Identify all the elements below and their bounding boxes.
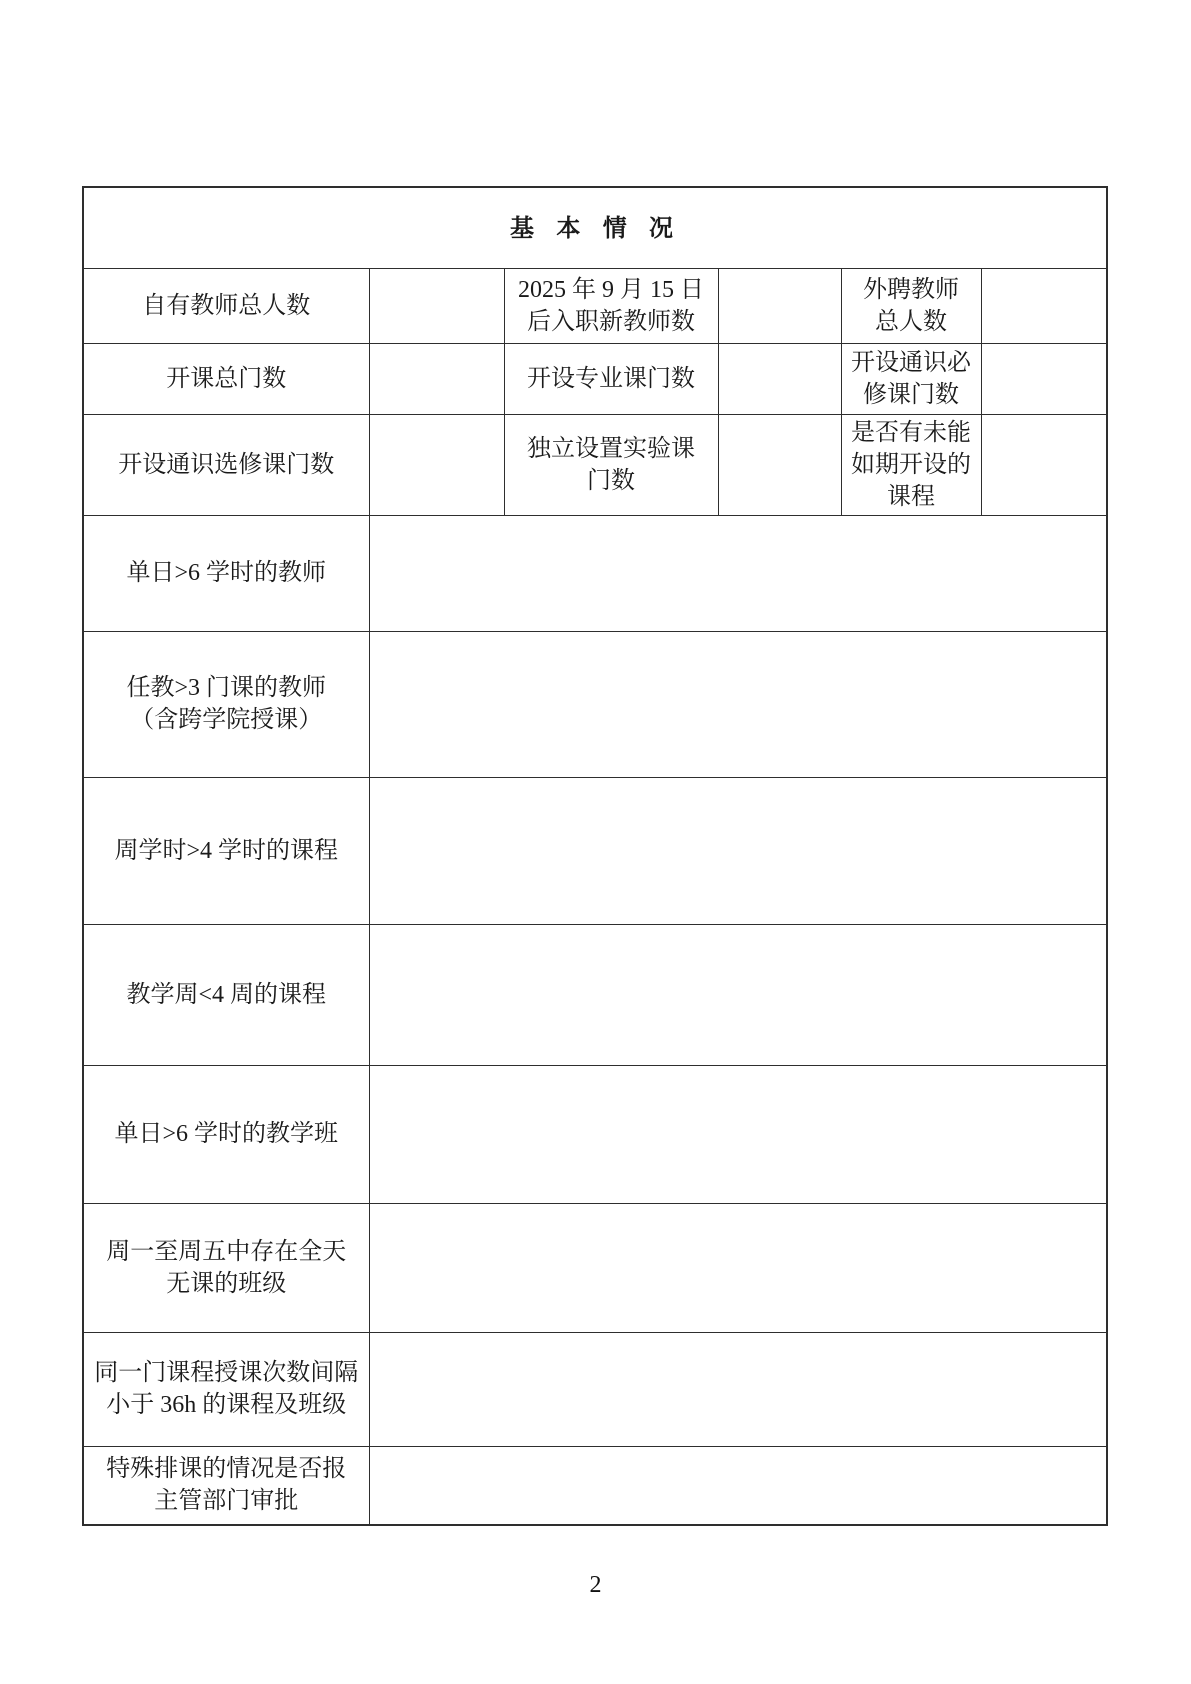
label-classes-free-whole-day: 周一至周五中存在全天 无课的班级 bbox=[83, 1203, 369, 1332]
value-teachers-gt6-hours-day bbox=[369, 515, 1107, 631]
label-major-courses: 开设专业课门数 bbox=[504, 343, 718, 414]
table-row: 单日>6 学时的教学班 bbox=[83, 1065, 1107, 1203]
page-number: 2 bbox=[0, 1572, 1191, 1599]
value-general-elective-courses bbox=[369, 414, 504, 515]
table-row: 特殊排课的情况是否报 主管部门审批 bbox=[83, 1446, 1107, 1525]
label-general-elective-courses: 开设通识选修课门数 bbox=[83, 414, 369, 515]
value-own-teacher-total bbox=[369, 268, 504, 343]
label-total-courses: 开课总门数 bbox=[83, 343, 369, 414]
table-title: 基 本 情 况 bbox=[83, 187, 1107, 268]
value-classes-gt6-hours-day bbox=[369, 1065, 1107, 1203]
value-external-teacher-total bbox=[981, 268, 1107, 343]
table-row: 开设通识选修课门数 独立设置实验课 门数 是否有未能 如期开设的 课程 bbox=[83, 414, 1107, 515]
value-course-interval-lt36h bbox=[369, 1332, 1107, 1446]
table-row: 同一门课程授课次数间隔小于 36h 的课程及班级 bbox=[83, 1332, 1107, 1446]
value-total-courses bbox=[369, 343, 504, 414]
table-row: 教学周<4 周的课程 bbox=[83, 924, 1107, 1065]
value-major-courses bbox=[718, 343, 841, 414]
label-new-teachers-after-date: 2025 年 9 月 15 日 后入职新教师数 bbox=[504, 268, 718, 343]
label-special-scheduling-approval: 特殊排课的情况是否报 主管部门审批 bbox=[83, 1446, 369, 1525]
document-page: 基 本 情 况 自有教师总人数 2025 年 9 月 15 日 后入职新教师数 … bbox=[0, 0, 1191, 1684]
table-row: 开课总门数 开设专业课门数 开设通识必 修课门数 bbox=[83, 343, 1107, 414]
basic-info-table: 基 本 情 况 自有教师总人数 2025 年 9 月 15 日 后入职新教师数 … bbox=[82, 186, 1108, 1526]
value-independent-lab-courses bbox=[718, 414, 841, 515]
value-special-scheduling-approval bbox=[369, 1446, 1107, 1525]
label-independent-lab-courses: 独立设置实验课 门数 bbox=[504, 414, 718, 515]
label-own-teacher-total: 自有教师总人数 bbox=[83, 268, 369, 343]
table-row: 自有教师总人数 2025 年 9 月 15 日 后入职新教师数 外聘教师 总人数 bbox=[83, 268, 1107, 343]
label-teachers-gt6-hours-day: 单日>6 学时的教师 bbox=[83, 515, 369, 631]
label-course-interval-lt36h: 同一门课程授课次数间隔小于 36h 的课程及班级 bbox=[83, 1332, 369, 1446]
label-external-teacher-total: 外聘教师 总人数 bbox=[841, 268, 981, 343]
table-row: 任教>3 门课的教师 （含跨学院授课） bbox=[83, 631, 1107, 777]
label-courses-lt4-teaching-weeks: 教学周<4 周的课程 bbox=[83, 924, 369, 1065]
table-title-row: 基 本 情 况 bbox=[83, 187, 1107, 268]
value-classes-free-whole-day bbox=[369, 1203, 1107, 1332]
value-teachers-gt3-courses bbox=[369, 631, 1107, 777]
value-new-teachers-after-date bbox=[718, 268, 841, 343]
value-courses-not-opened bbox=[981, 414, 1107, 515]
table-row: 单日>6 学时的教师 bbox=[83, 515, 1107, 631]
table-row: 周学时>4 学时的课程 bbox=[83, 777, 1107, 924]
value-courses-gt4-weekly-hours bbox=[369, 777, 1107, 924]
label-general-required-courses: 开设通识必 修课门数 bbox=[841, 343, 981, 414]
label-teachers-gt3-courses: 任教>3 门课的教师 （含跨学院授课） bbox=[83, 631, 369, 777]
value-courses-lt4-teaching-weeks bbox=[369, 924, 1107, 1065]
table-row: 周一至周五中存在全天 无课的班级 bbox=[83, 1203, 1107, 1332]
label-courses-gt4-weekly-hours: 周学时>4 学时的课程 bbox=[83, 777, 369, 924]
label-classes-gt6-hours-day: 单日>6 学时的教学班 bbox=[83, 1065, 369, 1203]
label-courses-not-opened: 是否有未能 如期开设的 课程 bbox=[841, 414, 981, 515]
value-general-required-courses bbox=[981, 343, 1107, 414]
